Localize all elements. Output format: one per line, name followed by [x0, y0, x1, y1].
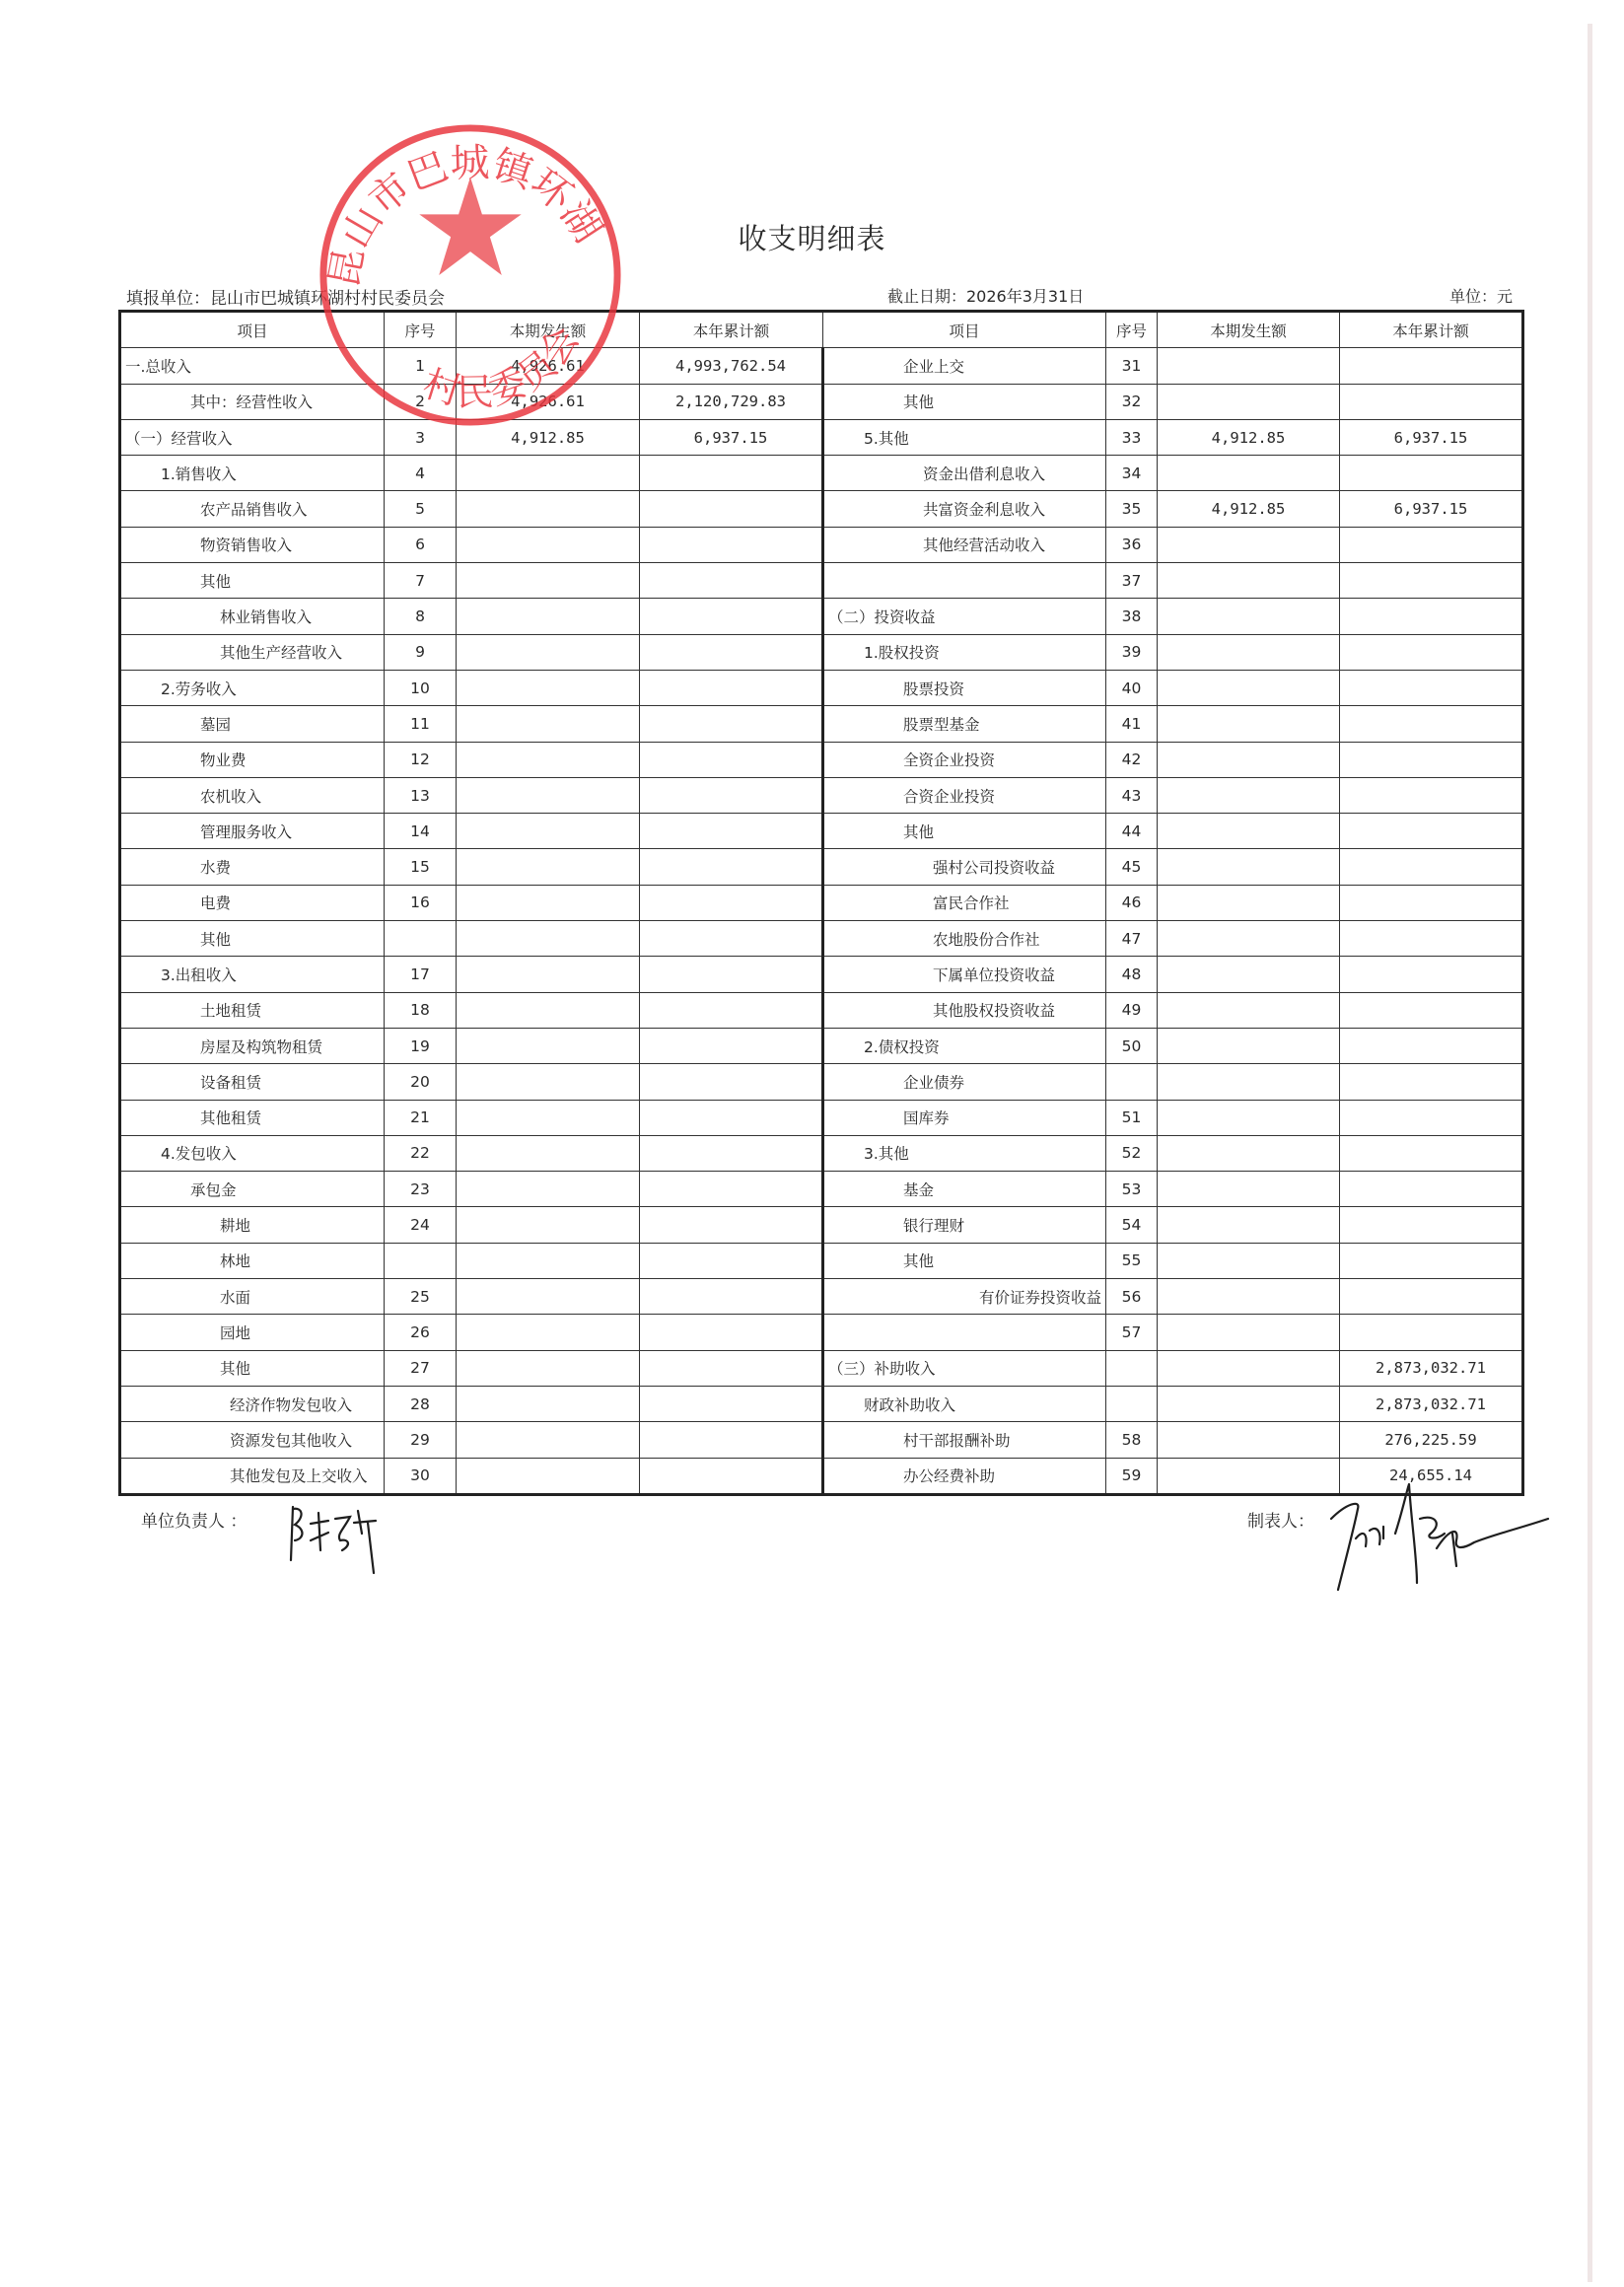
left-current-cell: 4,912.85 — [457, 419, 640, 455]
left-current-cell — [457, 1458, 640, 1494]
right-ytd-cell — [1340, 527, 1523, 562]
right-current-cell — [1158, 742, 1340, 777]
right-current-cell — [1158, 1315, 1340, 1350]
right-current-cell — [1158, 563, 1340, 599]
header-item-right: 项目 — [823, 312, 1106, 348]
left-item-cell: 其中：经营性收入 — [120, 384, 385, 419]
right-ytd-cell — [1340, 599, 1523, 634]
right-item-cell: （三）补助收入 — [823, 1350, 1106, 1386]
right-seq-cell: 32 — [1106, 384, 1158, 419]
right-ytd-cell: 2,873,032.71 — [1340, 1350, 1523, 1386]
left-seq-cell: 1 — [385, 348, 457, 384]
unit-head-label: 单位负责人 ： — [141, 1507, 247, 1532]
left-ytd-cell — [640, 885, 823, 920]
left-seq-cell: 10 — [385, 670, 457, 705]
right-ytd-cell — [1340, 1172, 1523, 1207]
right-current-cell — [1158, 1207, 1340, 1243]
table-row: 农机收入13合资企业投资43 — [120, 777, 1523, 813]
right-ytd-cell: 6,937.15 — [1340, 419, 1523, 455]
left-seq-cell: 5 — [385, 491, 457, 527]
left-current-cell — [457, 670, 640, 705]
right-current-cell — [1158, 777, 1340, 813]
right-current-cell — [1158, 1135, 1340, 1171]
right-seq-cell: 51 — [1106, 1100, 1158, 1135]
right-current-cell — [1158, 706, 1340, 742]
left-item-cell: 农机收入 — [120, 777, 385, 813]
right-ytd-cell — [1340, 1243, 1523, 1278]
reporting-unit: 填报单位：昆山市巴城镇环湖村村民委员会 — [126, 284, 445, 309]
right-seq-cell: 57 — [1106, 1315, 1158, 1350]
table-row: 3.出租收入17下属单位投资收益48 — [120, 957, 1523, 992]
right-item-cell: 3.其他 — [823, 1135, 1106, 1171]
right-current-cell — [1158, 1028, 1340, 1063]
right-seq-cell: 59 — [1106, 1458, 1158, 1494]
right-item-cell: 其他 — [823, 384, 1106, 419]
left-ytd-cell — [640, 491, 823, 527]
right-current-cell — [1158, 1172, 1340, 1207]
left-item-cell: 耕地 — [120, 1207, 385, 1243]
table-row: 园地2657 — [120, 1315, 1523, 1350]
right-item-cell: 办公经费补助 — [823, 1458, 1106, 1494]
left-item-cell: 水面 — [120, 1279, 385, 1315]
left-ytd-cell — [640, 849, 823, 885]
right-seq-cell: 58 — [1106, 1422, 1158, 1458]
left-current-cell — [457, 992, 640, 1028]
right-seq-cell — [1106, 1064, 1158, 1100]
left-seq-cell: 3 — [385, 419, 457, 455]
right-current-cell — [1158, 992, 1340, 1028]
left-ytd-cell — [640, 1064, 823, 1100]
left-seq-cell: 26 — [385, 1315, 457, 1350]
left-current-cell — [457, 777, 640, 813]
header-current-right: 本期发生额 — [1158, 312, 1340, 348]
right-ytd-cell — [1340, 670, 1523, 705]
left-ytd-cell — [640, 634, 823, 670]
right-item-cell: 其他 — [823, 814, 1106, 849]
currency-unit: 单位：元 — [1449, 284, 1513, 307]
left-ytd-cell — [640, 563, 823, 599]
right-item-cell: 国库券 — [823, 1100, 1106, 1135]
left-current-cell — [457, 957, 640, 992]
right-ytd-cell: 2,873,032.71 — [1340, 1386, 1523, 1421]
svg-text:昆山市巴城镇环湖村: 昆山市巴城镇环湖村 — [314, 118, 610, 292]
left-current-cell — [457, 1315, 640, 1350]
right-seq-cell: 44 — [1106, 814, 1158, 849]
right-seq-cell: 47 — [1106, 921, 1158, 957]
right-ytd-cell — [1340, 921, 1523, 957]
left-seq-cell: 8 — [385, 599, 457, 634]
right-current-cell — [1158, 670, 1340, 705]
right-seq-cell: 35 — [1106, 491, 1158, 527]
left-current-cell — [457, 1386, 640, 1421]
left-ytd-cell — [640, 706, 823, 742]
left-item-cell: 其他 — [120, 563, 385, 599]
left-item-cell: 承包金 — [120, 1172, 385, 1207]
right-ytd-cell — [1340, 348, 1523, 384]
left-item-cell: 其他租赁 — [120, 1100, 385, 1135]
right-seq-cell: 45 — [1106, 849, 1158, 885]
left-ytd-cell — [640, 921, 823, 957]
right-current-cell — [1158, 634, 1340, 670]
right-item-cell: 股票型基金 — [823, 706, 1106, 742]
left-ytd-cell — [640, 1315, 823, 1350]
header-seq-right: 序号 — [1106, 312, 1158, 348]
left-item-cell: 水费 — [120, 849, 385, 885]
right-ytd-cell — [1340, 777, 1523, 813]
table-row: 1.销售收入4资金出借利息收入34 — [120, 456, 1523, 491]
right-item-cell: 有价证券投资收益 — [823, 1279, 1106, 1315]
table-row: 2.劳务收入10股票投资40 — [120, 670, 1523, 705]
left-current-cell — [457, 706, 640, 742]
table-row: 林地其他55 — [120, 1243, 1523, 1278]
table-row: 林业销售收入8（二）投资收益38 — [120, 599, 1523, 634]
right-current-cell — [1158, 1100, 1340, 1135]
right-item-cell — [823, 563, 1106, 599]
right-current-cell — [1158, 1422, 1340, 1458]
left-seq-cell: 29 — [385, 1422, 457, 1458]
right-seq-cell: 55 — [1106, 1243, 1158, 1278]
left-item-cell: 设备租赁 — [120, 1064, 385, 1100]
left-seq-cell: 18 — [385, 992, 457, 1028]
left-ytd-cell — [640, 456, 823, 491]
left-current-cell — [457, 1243, 640, 1278]
left-current-cell — [457, 849, 640, 885]
right-current-cell — [1158, 1386, 1340, 1421]
right-item-cell: 共富资金利息收入 — [823, 491, 1106, 527]
left-seq-cell: 22 — [385, 1135, 457, 1171]
left-item-cell: 3.出租收入 — [120, 957, 385, 992]
left-current-cell — [457, 1422, 640, 1458]
left-seq-cell: 27 — [385, 1350, 457, 1386]
left-item-cell: 房屋及构筑物租赁 — [120, 1028, 385, 1063]
right-ytd-cell: 6,937.15 — [1340, 491, 1523, 527]
left-ytd-cell — [640, 957, 823, 992]
left-item-cell: 资源发包其他收入 — [120, 1422, 385, 1458]
right-seq-cell — [1106, 1350, 1158, 1386]
left-seq-cell: 2 — [385, 384, 457, 419]
right-seq-cell: 52 — [1106, 1135, 1158, 1171]
right-ytd-cell — [1340, 563, 1523, 599]
right-item-cell: 1.股权投资 — [823, 634, 1106, 670]
header-current-left: 本期发生额 — [457, 312, 640, 348]
preparer-signature — [1326, 1479, 1563, 1608]
left-ytd-cell — [640, 777, 823, 813]
left-ytd-cell: 6,937.15 — [640, 419, 823, 455]
left-seq-cell: 25 — [385, 1279, 457, 1315]
right-item-cell: 下属单位投资收益 — [823, 957, 1106, 992]
right-ytd-cell — [1340, 634, 1523, 670]
left-seq-cell: 28 — [385, 1386, 457, 1421]
income-expense-table: 项目 序号 本期发生额 本年累计额 项目 序号 本期发生额 本年累计额 一.总收… — [118, 310, 1524, 1496]
table-row: 水费15强村公司投资收益45 — [120, 849, 1523, 885]
left-current-cell — [457, 634, 640, 670]
left-current-cell — [457, 456, 640, 491]
right-current-cell — [1158, 599, 1340, 634]
right-seq-cell: 34 — [1106, 456, 1158, 491]
right-current-cell — [1158, 885, 1340, 920]
table-row: 4.发包收入223.其他52 — [120, 1135, 1523, 1171]
left-current-cell — [457, 1172, 640, 1207]
right-ytd-cell — [1340, 1135, 1523, 1171]
left-ytd-cell — [640, 814, 823, 849]
right-item-cell: 2.债权投资 — [823, 1028, 1106, 1063]
left-ytd-cell — [640, 1279, 823, 1315]
table-row: 其他农地股份合作社47 — [120, 921, 1523, 957]
right-seq-cell: 40 — [1106, 670, 1158, 705]
header-ytd-right: 本年累计额 — [1340, 312, 1523, 348]
right-current-cell — [1158, 1064, 1340, 1100]
left-current-cell — [457, 599, 640, 634]
left-item-cell: 林业销售收入 — [120, 599, 385, 634]
left-item-cell: 林地 — [120, 1243, 385, 1278]
right-seq-cell: 43 — [1106, 777, 1158, 813]
left-ytd-cell — [640, 1207, 823, 1243]
right-seq-cell: 31 — [1106, 348, 1158, 384]
right-current-cell — [1158, 921, 1340, 957]
left-ytd-cell — [640, 1350, 823, 1386]
right-seq-cell: 38 — [1106, 599, 1158, 634]
right-seq-cell: 36 — [1106, 527, 1158, 562]
left-item-cell: 墓园 — [120, 706, 385, 742]
right-item-cell: 全资企业投资 — [823, 742, 1106, 777]
left-ytd-cell — [640, 1458, 823, 1494]
left-item-cell: 管理服务收入 — [120, 814, 385, 849]
left-item-cell: （一）经营收入 — [120, 419, 385, 455]
right-seq-cell: 48 — [1106, 957, 1158, 992]
table-row: 一.总收入14,926.614,993,762.54企业上交31 — [120, 348, 1523, 384]
left-item-cell: 农产品销售收入 — [120, 491, 385, 527]
right-current-cell — [1158, 527, 1340, 562]
left-ytd-cell — [640, 527, 823, 562]
left-item-cell: 其他 — [120, 921, 385, 957]
left-seq-cell — [385, 1243, 457, 1278]
table-row: 设备租赁20企业债券 — [120, 1064, 1523, 1100]
table-row: 墓园11股票型基金41 — [120, 706, 1523, 742]
preparer-label: 制表人： — [1247, 1507, 1314, 1532]
left-item-cell: 电费 — [120, 885, 385, 920]
left-current-cell — [457, 1028, 640, 1063]
left-seq-cell: 4 — [385, 456, 457, 491]
table-row: 耕地24银行理财54 — [120, 1207, 1523, 1243]
table-row: 其中：经营性收入24,926.612,120,729.83其他32 — [120, 384, 1523, 419]
left-ytd-cell: 4,993,762.54 — [640, 348, 823, 384]
header-ytd-left: 本年累计额 — [640, 312, 823, 348]
header-seq-left: 序号 — [385, 312, 457, 348]
table-row: 经济作物发包收入28财政补助收入2,873,032.71 — [120, 1386, 1523, 1421]
right-item-cell: 财政补助收入 — [823, 1386, 1106, 1421]
right-seq-cell: 41 — [1106, 706, 1158, 742]
left-item-cell: 一.总收入 — [120, 348, 385, 384]
right-ytd-cell — [1340, 885, 1523, 920]
left-seq-cell: 11 — [385, 706, 457, 742]
right-ytd-cell — [1340, 706, 1523, 742]
left-ytd-cell: 2,120,729.83 — [640, 384, 823, 419]
left-ytd-cell — [640, 742, 823, 777]
left-item-cell: 物资销售收入 — [120, 527, 385, 562]
table-row: 承包金23基金53 — [120, 1172, 1523, 1207]
left-seq-cell: 16 — [385, 885, 457, 920]
right-item-cell: 基金 — [823, 1172, 1106, 1207]
table-row: 电费16富民合作社46 — [120, 885, 1523, 920]
left-item-cell: 1.销售收入 — [120, 456, 385, 491]
left-current-cell — [457, 563, 640, 599]
left-ytd-cell — [640, 1243, 823, 1278]
right-ytd-cell — [1340, 849, 1523, 885]
right-ytd-cell — [1340, 1315, 1523, 1350]
right-current-cell — [1158, 1279, 1340, 1315]
right-item-cell: 富民合作社 — [823, 885, 1106, 920]
right-item-cell — [823, 1315, 1106, 1350]
left-current-cell — [457, 491, 640, 527]
table-row: 物业费12全资企业投资42 — [120, 742, 1523, 777]
left-seq-cell: 9 — [385, 634, 457, 670]
left-current-cell — [457, 814, 640, 849]
left-current-cell — [457, 1279, 640, 1315]
table-row: 其他27（三）补助收入2,873,032.71 — [120, 1350, 1523, 1386]
right-current-cell — [1158, 814, 1340, 849]
right-item-cell: （二）投资收益 — [823, 599, 1106, 634]
left-ytd-cell — [640, 1386, 823, 1421]
left-current-cell — [457, 1135, 640, 1171]
left-current-cell — [457, 1100, 640, 1135]
right-current-cell: 4,912.85 — [1158, 491, 1340, 527]
right-seq-cell: 46 — [1106, 885, 1158, 920]
left-item-cell: 土地租赁 — [120, 992, 385, 1028]
right-current-cell: 4,912.85 — [1158, 419, 1340, 455]
right-ytd-cell — [1340, 1279, 1523, 1315]
right-seq-cell: 56 — [1106, 1279, 1158, 1315]
table-row: 其他租赁21国库券51 — [120, 1100, 1523, 1135]
right-ytd-cell — [1340, 1064, 1523, 1100]
unit-head-signature — [281, 1489, 399, 1583]
right-current-cell — [1158, 1243, 1340, 1278]
left-current-cell: 4,926.61 — [457, 384, 640, 419]
left-seq-cell: 24 — [385, 1207, 457, 1243]
left-seq-cell: 13 — [385, 777, 457, 813]
right-ytd-cell: 276,225.59 — [1340, 1422, 1523, 1458]
header-item-left: 项目 — [120, 312, 385, 348]
left-seq-cell: 15 — [385, 849, 457, 885]
seal-text-top: 昆山市巴城镇环湖村 — [314, 118, 610, 292]
right-ytd-cell — [1340, 742, 1523, 777]
left-ytd-cell — [640, 670, 823, 705]
left-item-cell: 其他生产经营收入 — [120, 634, 385, 670]
page-title: 收支明细表 — [0, 217, 1624, 257]
right-seq-cell: 49 — [1106, 992, 1158, 1028]
left-current-cell — [457, 1350, 640, 1386]
right-current-cell — [1158, 456, 1340, 491]
right-ytd-cell — [1340, 1207, 1523, 1243]
left-ytd-cell — [640, 1422, 823, 1458]
table-row: 管理服务收入14其他44 — [120, 814, 1523, 849]
left-seq-cell: 17 — [385, 957, 457, 992]
left-current-cell — [457, 527, 640, 562]
right-item-cell: 强村公司投资收益 — [823, 849, 1106, 885]
right-seq-cell: 54 — [1106, 1207, 1158, 1243]
right-ytd-cell — [1340, 992, 1523, 1028]
right-item-cell: 其他经营活动收入 — [823, 527, 1106, 562]
right-seq-cell — [1106, 1386, 1158, 1421]
left-item-cell: 物业费 — [120, 742, 385, 777]
left-ytd-cell — [640, 1135, 823, 1171]
right-ytd-cell — [1340, 957, 1523, 992]
left-ytd-cell — [640, 992, 823, 1028]
table-row: 其他737 — [120, 563, 1523, 599]
right-item-cell: 合资企业投资 — [823, 777, 1106, 813]
left-current-cell — [457, 742, 640, 777]
left-ytd-cell — [640, 1028, 823, 1063]
right-seq-cell: 39 — [1106, 634, 1158, 670]
left-current-cell — [457, 921, 640, 957]
right-item-cell: 银行理财 — [823, 1207, 1106, 1243]
right-item-cell: 其他股权投资收益 — [823, 992, 1106, 1028]
right-current-cell — [1158, 1350, 1340, 1386]
left-seq-cell: 21 — [385, 1100, 457, 1135]
scan-edge-line — [1588, 24, 1592, 2282]
left-ytd-cell — [640, 1172, 823, 1207]
right-item-cell: 企业上交 — [823, 348, 1106, 384]
right-seq-cell: 33 — [1106, 419, 1158, 455]
left-current-cell — [457, 1207, 640, 1243]
right-seq-cell: 37 — [1106, 563, 1158, 599]
left-seq-cell: 12 — [385, 742, 457, 777]
table-row: 其他生产经营收入91.股权投资39 — [120, 634, 1523, 670]
left-ytd-cell — [640, 599, 823, 634]
right-ytd-cell — [1340, 384, 1523, 419]
right-item-cell: 企业债券 — [823, 1064, 1106, 1100]
left-seq-cell: 23 — [385, 1172, 457, 1207]
right-ytd-cell — [1340, 1100, 1523, 1135]
table-header-row: 项目 序号 本期发生额 本年累计额 项目 序号 本期发生额 本年累计额 — [120, 312, 1523, 348]
right-current-cell — [1158, 384, 1340, 419]
right-current-cell — [1158, 1458, 1340, 1494]
left-seq-cell: 6 — [385, 527, 457, 562]
table-row: 物资销售收入6其他经营活动收入36 — [120, 527, 1523, 562]
right-item-cell: 股票投资 — [823, 670, 1106, 705]
left-seq-cell — [385, 921, 457, 957]
right-current-cell — [1158, 849, 1340, 885]
right-current-cell — [1158, 348, 1340, 384]
right-ytd-cell — [1340, 456, 1523, 491]
table-row: 房屋及构筑物租赁192.债权投资50 — [120, 1028, 1523, 1063]
left-current-cell: 4,926.61 — [457, 348, 640, 384]
left-item-cell: 4.发包收入 — [120, 1135, 385, 1171]
table-row: （一）经营收入34,912.856,937.155.其他334,912.856,… — [120, 419, 1523, 455]
table-row: 土地租赁18其他股权投资收益49 — [120, 992, 1523, 1028]
table-row: 水面25有价证券投资收益56 — [120, 1279, 1523, 1315]
table-row: 农产品销售收入5共富资金利息收入354,912.856,937.15 — [120, 491, 1523, 527]
cutoff-date: 截止日期：2026年3月31日 — [887, 284, 1084, 307]
left-seq-cell: 7 — [385, 563, 457, 599]
table-row: 资源发包其他收入29村干部报酬补助58276,225.59 — [120, 1422, 1523, 1458]
right-seq-cell: 50 — [1106, 1028, 1158, 1063]
right-seq-cell: 42 — [1106, 742, 1158, 777]
left-seq-cell: 20 — [385, 1064, 457, 1100]
left-seq-cell: 19 — [385, 1028, 457, 1063]
right-current-cell — [1158, 957, 1340, 992]
left-ytd-cell — [640, 1100, 823, 1135]
right-seq-cell: 53 — [1106, 1172, 1158, 1207]
right-ytd-cell — [1340, 1028, 1523, 1063]
left-current-cell — [457, 1064, 640, 1100]
left-item-cell: 园地 — [120, 1315, 385, 1350]
left-item-cell: 其他 — [120, 1350, 385, 1386]
left-item-cell: 2.劳务收入 — [120, 670, 385, 705]
right-item-cell: 其他 — [823, 1243, 1106, 1278]
left-item-cell: 经济作物发包收入 — [120, 1386, 385, 1421]
right-item-cell: 5.其他 — [823, 419, 1106, 455]
left-seq-cell: 14 — [385, 814, 457, 849]
